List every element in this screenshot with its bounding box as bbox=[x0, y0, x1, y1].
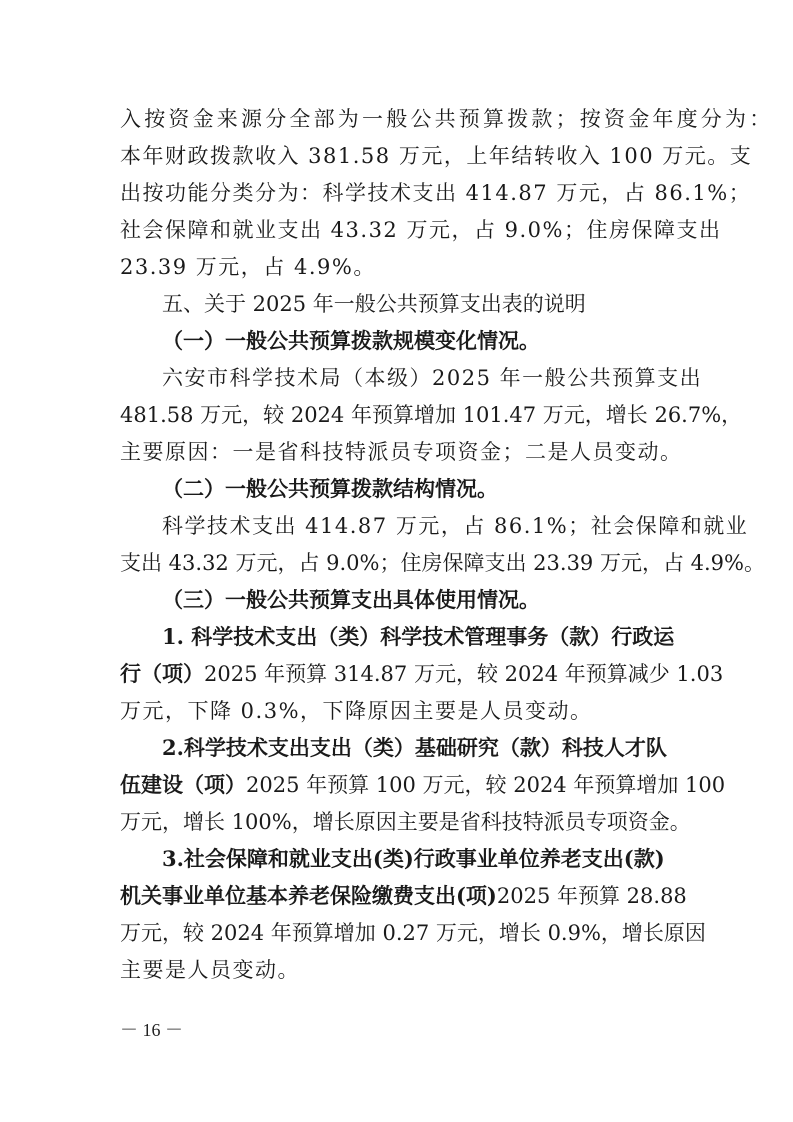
body-text-line: 行（项）2025 年预算 314.87 万元，较 2024 年预算减少 1.03 bbox=[120, 661, 685, 687]
body-text-line: 23.39 万元，占 4.9%。 bbox=[120, 254, 685, 280]
body-text-line: 主要是人员变动。 bbox=[120, 957, 685, 983]
body-text-line: 出按功能分类分为：科学技术支出 414.87 万元，占 86.1%； bbox=[120, 180, 685, 206]
item-text: 2025 年预算 28.88 bbox=[497, 884, 687, 908]
body-text-line: 万元，下降 0.3%，下降原因主要是人员变动。 bbox=[120, 698, 685, 724]
body-text-line: 入按资金来源分全部为一般公共预算拨款；按资金年度分为： bbox=[120, 106, 685, 132]
body-text-line: 481.58 万元，较 2024 年预算增加 101.47 万元，增长 26.7… bbox=[120, 402, 685, 428]
body-text-line: 伍建设（项）2025 年预算 100 万元，较 2024 年预算增加 100 bbox=[120, 772, 685, 798]
item-text: 2025 年预算 100 万元，较 2024 年预算增加 100 bbox=[246, 773, 725, 797]
body-text-line: 科学技术支出 414.87 万元，占 86.1%；社会保障和就业 bbox=[162, 513, 727, 539]
body-text-line: 本年财政拨款收入 381.58 万元，上年结转收入 100 万元。支 bbox=[120, 143, 685, 169]
body-text-line: 主要原因：一是省科技特派员专项资金；二是人员变动。 bbox=[120, 439, 685, 465]
item-heading-continuation: 伍建设（项） bbox=[120, 772, 246, 797]
body-text-line: 六安市科学技术局（本级）2025 年一般公共预算支出 bbox=[162, 365, 727, 391]
item-heading: 3.社会保障和就业支出(类)行政事业单位养老支出(款) bbox=[162, 846, 727, 872]
section-title: 五、关于 2025 年一般公共预算支出表的说明 bbox=[162, 291, 727, 317]
item-heading-continuation: 行（项） bbox=[120, 661, 204, 686]
page-number: － 16 － bbox=[120, 1016, 183, 1042]
document-page: 入按资金来源分全部为一般公共预算拨款；按资金年度分为： 本年财政拨款收入 381… bbox=[0, 0, 793, 1122]
body-text-line: 万元，增长 100%，增长原因主要是省科技特派员专项资金。 bbox=[120, 809, 685, 835]
item-heading: 2.科学技术支出支出（类）基础研究（款）科技人才队 bbox=[162, 735, 727, 761]
body-text-line: 支出 43.32 万元，占 9.0%；住房保障支出 23.39 万元，占 4.9… bbox=[120, 550, 685, 576]
item-heading: 1. 科学技术支出（类）科学技术管理事务（款）行政运 bbox=[162, 624, 727, 650]
subsection-heading: （一）一般公共预算拨款规模变化情况。 bbox=[162, 328, 727, 354]
subsection-heading: （三）一般公共预算支出具体使用情况。 bbox=[162, 587, 727, 613]
body-text-line: 机关事业单位基本养老保险缴费支出(项)2025 年预算 28.88 bbox=[120, 883, 685, 909]
item-heading-continuation: 机关事业单位基本养老保险缴费支出(项) bbox=[120, 883, 497, 908]
subsection-heading: （二）一般公共预算拨款结构情况。 bbox=[162, 476, 727, 502]
body-text-line: 社会保障和就业支出 43.32 万元，占 9.0%；住房保障支出 bbox=[120, 217, 685, 243]
body-text-line: 万元，较 2024 年预算增加 0.27 万元，增长 0.9%，增长原因 bbox=[120, 920, 685, 946]
item-text: 2025 年预算 314.87 万元，较 2024 年预算减少 1.03 bbox=[204, 662, 723, 686]
